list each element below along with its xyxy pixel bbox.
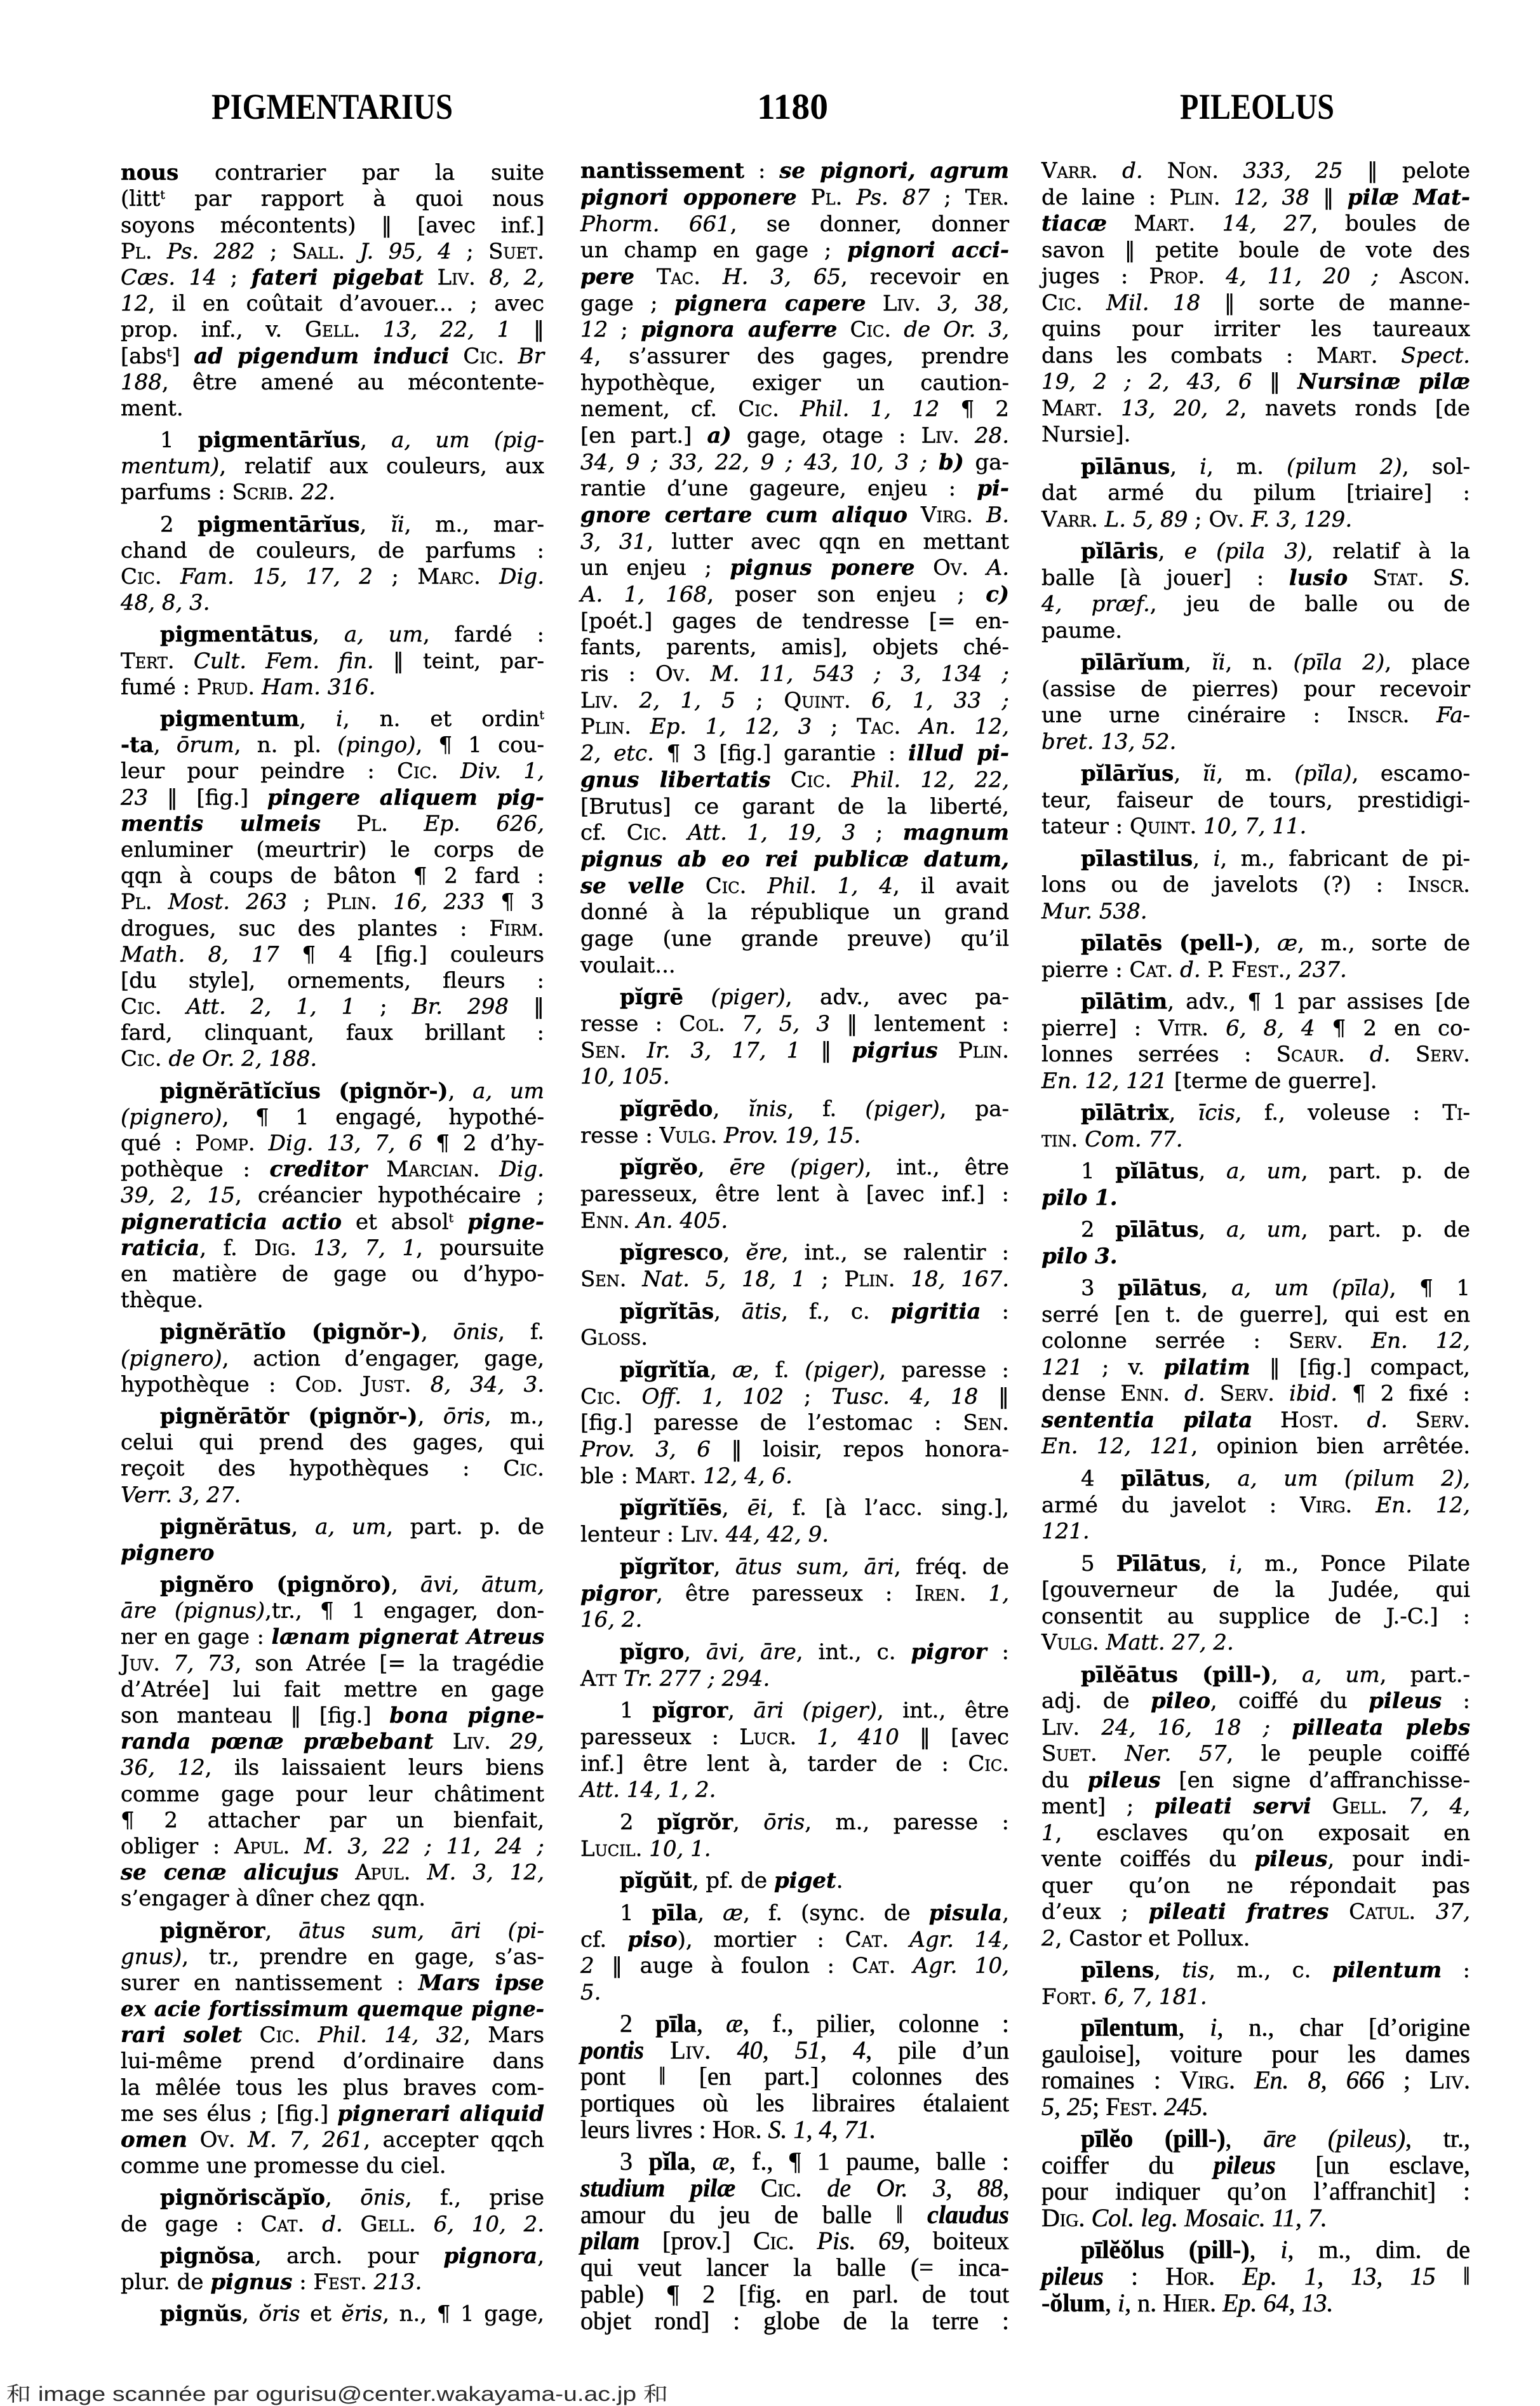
definition-text: : bbox=[1442, 1958, 1470, 1983]
line-content: omen Ov. M. 7, 261, accepter qqch bbox=[121, 2127, 544, 2153]
definition-text: cf. bbox=[580, 1927, 627, 1952]
line-content: raticia, f. Dig. 13, 7, 1, poursuite bbox=[121, 1235, 544, 1261]
definition-text: , m., sorte de bbox=[1297, 931, 1470, 956]
line-content: 34, 9 ; 33, 22, 9 ; 43, 10, 3 ; b) ga- bbox=[580, 450, 1009, 475]
entry-first-line: pigmentātus, a, um, fardé : bbox=[121, 622, 544, 647]
author-abbrev: Firm. bbox=[489, 916, 544, 941]
latin-example: pignori opponere bbox=[580, 185, 797, 210]
definition-text: , part. p. de bbox=[1301, 1217, 1470, 1242]
column-2: nantissement : se pignori, agrumpignori … bbox=[580, 0, 1009, 2406]
citation: īcis bbox=[1198, 1100, 1235, 1126]
line-content: pĭgŭit, pf. de piget. bbox=[620, 1868, 843, 1893]
dictionary-line: gage (une grande preuve) qu’il bbox=[580, 926, 1009, 951]
superscript: t bbox=[160, 189, 165, 202]
line-content: [en part.] a) gage, otage : Liv. 28. bbox=[580, 423, 1009, 448]
citation: 13, 22, 1 bbox=[360, 317, 511, 342]
line-content: fumé : Prud. Ham. 316. bbox=[121, 675, 375, 700]
definition-text: : bbox=[987, 1639, 1009, 1665]
citation: ibid. bbox=[1275, 1381, 1337, 1406]
dictionary-line: en matière de gage ou d’hypo- bbox=[121, 1261, 544, 1287]
definition-text: Nursie]. bbox=[1041, 422, 1130, 447]
citation: 5, 25 bbox=[1041, 2092, 1092, 2121]
dictionary-line: leur pour peindre : Cic. Div. 1, bbox=[121, 758, 544, 784]
citation: Div. 1, bbox=[438, 758, 544, 784]
latin-example: pileo bbox=[1151, 1688, 1210, 1714]
citation: 29, bbox=[491, 1729, 544, 1754]
author-abbrev: Lucil. bbox=[580, 1836, 642, 1862]
dictionary-line: 36, 12, ils laissaient leurs biens bbox=[121, 1755, 544, 1780]
dictionary-line: armé du javelot : Virg. En. 12, bbox=[1041, 1493, 1470, 1518]
line-content: En. 12, 121, opinion bien arrêtée. bbox=[1041, 1434, 1470, 1459]
citation: (pignero) bbox=[121, 1105, 222, 1130]
dictionary-line: Nursie]. bbox=[1041, 422, 1470, 447]
definition-text: ga- bbox=[964, 450, 1009, 475]
definition-text bbox=[450, 344, 464, 369]
author-abbrev: Cic. bbox=[580, 1384, 622, 1409]
definition-text: vente coiffés du bbox=[1041, 1846, 1254, 1872]
entry-first-line: pignĕro (pignŏro), āvi, ātum, bbox=[121, 1572, 544, 1597]
definition-text: resse : bbox=[580, 1123, 659, 1148]
definition-text: balle [à jouer] : bbox=[1041, 565, 1289, 591]
line-content: 1 pĭgror, āri (piger), int., être bbox=[620, 1698, 1009, 1723]
definition-text: , f., pilier, colonne : bbox=[743, 2009, 1009, 2038]
line-content: 19, 2 ; 2, 43, 6 ‖ Nursinæ pilæ bbox=[1041, 369, 1470, 394]
author-abbrev: Cic. bbox=[260, 2022, 301, 2048]
citation: An. 405. bbox=[630, 1208, 728, 1233]
entry-first-line: pĭgresco, ĕre, int., se ralentir : bbox=[580, 1240, 1009, 1265]
author-abbrev: Pl. bbox=[121, 239, 152, 264]
line-content: pignori opponere Pl. Ps. 87 ; Ter. bbox=[580, 185, 1009, 210]
latin-example: ad pigendum induci bbox=[194, 344, 449, 369]
citation: ĭi bbox=[391, 512, 405, 537]
entry-first-line: 1 pĭgror, āri (piger), int., être bbox=[580, 1698, 1009, 1723]
dictionary-line: [gouverneur de la Judée, qui bbox=[1041, 1577, 1470, 1603]
latin-example: piso bbox=[627, 1927, 678, 1952]
author-abbrev: Hor. bbox=[1165, 2262, 1215, 2290]
definition-text: hypothèque, exiger un caution- bbox=[580, 370, 1009, 396]
dictionary-line: pigneraticia actio et absolt pigne- bbox=[121, 1209, 544, 1235]
dictionary-line: pierre : Cat. d. P. Fest., 237. bbox=[1041, 957, 1470, 983]
citation: (pilum 2) bbox=[1287, 454, 1402, 480]
line-content: 4, s’assurer des gages, prendre bbox=[580, 344, 1009, 369]
latin-example: pilo 1. bbox=[1041, 1185, 1118, 1211]
line-content: pignŏsa, arch. pour pignora, bbox=[160, 2243, 544, 2269]
definition-text: , bbox=[154, 732, 177, 758]
definition-text: ; bbox=[930, 185, 965, 210]
latin-example: pigror bbox=[911, 1639, 987, 1665]
author-abbrev: Dig. bbox=[254, 1235, 297, 1261]
definition-text: , m., mar- bbox=[405, 512, 544, 537]
line-content: dans les combats : Mart. Spect. bbox=[1041, 343, 1470, 368]
citation: 237. bbox=[1299, 957, 1347, 983]
definition-text: qué : bbox=[121, 1131, 196, 1156]
definition-text bbox=[424, 265, 438, 290]
dictionary-line: Verr. 3, 27. bbox=[121, 1482, 544, 1508]
entry-first-line: 2 pigmentārĭus, ĭi, m., mar- bbox=[121, 512, 544, 537]
headword: pīla bbox=[652, 1900, 698, 1926]
dictionary-line: pont ‖ [en part.] colonnes des bbox=[580, 2064, 1009, 2089]
definition-text: , bbox=[1178, 2013, 1210, 2041]
headword: pĭgrĭtĭēs bbox=[620, 1495, 722, 1521]
definition-text: , bbox=[1193, 846, 1213, 871]
entry-first-line: 2 pĭgrŏr, ōris, m., paresse : bbox=[580, 1810, 1009, 1835]
dictionary-line: resse : Vulg. Prov. 19, 15. bbox=[580, 1123, 1009, 1148]
definition-text: , m., fabricant de pi- bbox=[1220, 846, 1470, 871]
line-content: Sen. Nat. 5, 18, 1 ; Plin. 18, 167. bbox=[580, 1267, 1009, 1292]
line-content: nement, cf. Cic. Phil. 1, 12 ¶ 2 bbox=[580, 396, 1009, 422]
author-abbrev: Cat. bbox=[852, 1953, 895, 1979]
dictionary-line: ¶ 2 attacher par un bienfait, bbox=[121, 1808, 544, 1833]
dictionary-line: rari solet Cic. Phil. 14, 32, Mars bbox=[121, 2022, 544, 2048]
citation: a, um bbox=[1226, 1159, 1301, 1184]
dictionary-line: fard, clinquant, faux brillant : bbox=[121, 1020, 544, 1045]
citation: 245. bbox=[1158, 2092, 1209, 2121]
definition-text: , bbox=[242, 2301, 258, 2327]
definition-text: , n. bbox=[1226, 650, 1294, 675]
definition-text: celui qui prend des gages, qui bbox=[121, 1430, 544, 1455]
line-content: quer qu’on ne répondait pas bbox=[1041, 1873, 1470, 1899]
definition-text: , bbox=[1254, 931, 1277, 956]
citation: M. 3, 22 ; 11, 24 ; bbox=[290, 1834, 544, 1859]
dictionary-line: Cic. Fam. 15, 17, 2 ; Marc. Dig. bbox=[121, 564, 544, 589]
line-content: fard, clinquant, faux brillant : bbox=[121, 1020, 544, 1045]
definition-text: lonnes serrées : bbox=[1041, 1042, 1276, 1067]
author-abbrev: Dig. bbox=[1041, 2203, 1085, 2232]
author-abbrev: Fest. bbox=[1106, 2092, 1158, 2121]
definition-text: ble : bbox=[580, 1463, 635, 1489]
line-content: Phorm. 661, se donner, donner bbox=[580, 212, 1009, 237]
dictionary-line: juges : Prop. 4, 11, 20 ; Ascon. bbox=[1041, 264, 1470, 289]
entry-first-line: 1 pĭlātus, a, um, part. p. de bbox=[1041, 1159, 1470, 1184]
dictionary-line: tiacæ Mart. 14, 27, boules de bbox=[1041, 211, 1470, 236]
citation: M. 3, 12, bbox=[411, 1860, 544, 1885]
line-content: Cic. Off. 1, 102 ; Tusc. 4, 18 ‖ bbox=[580, 1384, 1009, 1409]
dictionary-line: -ŏlum, i, n. Hier. Ep. 64, 13. bbox=[1041, 2290, 1470, 2316]
citation: 6, 7, 181. bbox=[1097, 1984, 1207, 2010]
line-content: pour indiquer qu’on l’affranchit] : bbox=[1041, 2177, 1470, 2205]
definition-text bbox=[634, 264, 657, 290]
dictionary-line: consentit au supplice de J.-C.] : bbox=[1041, 1604, 1470, 1629]
author-abbrev: Apul. bbox=[234, 1834, 290, 1859]
definition-text: [en signe d’affranchisse- bbox=[1161, 1768, 1470, 1793]
dictionary-line: paume. bbox=[1041, 618, 1470, 643]
latin-example: pigne- bbox=[467, 1209, 544, 1235]
headword: pīlātus bbox=[1115, 1217, 1198, 1242]
definition-text bbox=[797, 185, 811, 210]
headword: pĭgrĭtĭa bbox=[620, 1357, 710, 1383]
definition-text: : bbox=[981, 1299, 1009, 1324]
citation: Dig. bbox=[480, 1157, 544, 1182]
citation: i bbox=[1210, 2013, 1217, 2041]
line-content: 1 pīla, æ, f. (sync. de pisula, bbox=[620, 1900, 1009, 1926]
citation: ēre (piger) bbox=[730, 1155, 865, 1180]
line-content: Cic. de Or. 2, 188. bbox=[121, 1046, 317, 1072]
author-abbrev: Prud. bbox=[197, 675, 255, 700]
author-abbrev: Sen. bbox=[580, 1267, 627, 1292]
dictionary-line: Pl. Ps. 282 ; Sall. J. 95, 4 ; Suet. bbox=[121, 239, 544, 264]
line-content: enluminer (meurtrir) le corps de bbox=[121, 837, 544, 863]
dictionary-page: PIGMENTARIUS 1180 PILEOLUS nous contrari… bbox=[0, 0, 1540, 2406]
headword: -ta bbox=[121, 732, 154, 758]
line-content: (pignero), action d’engager, gage, bbox=[121, 1346, 544, 1371]
definition-text: soyons mécontents) ‖ [avec inf.] bbox=[121, 213, 544, 238]
dictionary-line: pigror, être paresseux : Iren. 1, bbox=[580, 1581, 1009, 1606]
author-abbrev: Mart. bbox=[1316, 343, 1378, 368]
author-abbrev: Plin. bbox=[326, 889, 377, 915]
definition-text: , bbox=[722, 1495, 747, 1521]
author-abbrev: Liv. bbox=[1430, 2066, 1470, 2094]
dictionary-line: donné à la république un grand bbox=[580, 899, 1009, 925]
latin-example: fateri pigebat bbox=[251, 265, 424, 290]
definition-text: [en part.] bbox=[580, 423, 707, 448]
definition-text: , m., paresse : bbox=[805, 1810, 1009, 1835]
definition-text: fard, clinquant, faux brillant : bbox=[121, 1020, 544, 1045]
dictionary-line: coiffer du pileus [un esclave, bbox=[1041, 2153, 1470, 2178]
line-content: lonnes serrées : Scaur. d. Serv. bbox=[1041, 1042, 1470, 1067]
headword: pĭgrē bbox=[620, 985, 683, 1010]
line-content: Pl. Ps. 282 ; Sall. J. 95, 4 ; Suet. bbox=[121, 239, 544, 264]
citation: Ep. 1, 13, 15 bbox=[1215, 2262, 1435, 2290]
line-content: 4, præf., jeu de balle ou de bbox=[1041, 591, 1470, 617]
definition-text: resse : bbox=[580, 1011, 679, 1037]
definition-text: , m. bbox=[1207, 454, 1287, 480]
definition-text: , bbox=[1105, 2288, 1118, 2317]
author-abbrev: Ti- bbox=[1442, 1100, 1470, 1126]
definition-text: [gouverneur de la Judée, qui bbox=[1041, 1577, 1470, 1603]
latin-example: pilatim bbox=[1164, 1355, 1250, 1380]
latin-example: pilo 3. bbox=[1041, 1244, 1118, 1269]
definition-text: ¶ 4 [fig.] couleurs bbox=[279, 942, 544, 967]
citation: 16, 2. bbox=[580, 1607, 642, 1632]
citation: ĕre bbox=[746, 1240, 782, 1265]
definition-text: pothèque : bbox=[121, 1157, 270, 1182]
author-abbrev: Plin. bbox=[845, 1267, 895, 1292]
author-abbrev: Quint. bbox=[784, 688, 850, 713]
line-content: 5, 25; Fest. 245. bbox=[1041, 2092, 1209, 2121]
citation: Mur. 538. bbox=[1041, 899, 1148, 924]
definition-text: paresseux : bbox=[580, 1724, 739, 1750]
definition-text: me ses élus ; [fig.] bbox=[121, 2101, 337, 2127]
definition-text: un enjeu ; bbox=[580, 555, 730, 581]
author-abbrev: Suet. bbox=[488, 239, 544, 264]
definition-text: , bbox=[733, 1810, 763, 1835]
citation: 121 bbox=[1041, 1355, 1083, 1380]
definition-text: , Castor et Pollux. bbox=[1055, 1926, 1250, 1951]
line-content: resse : Vulg. Prov. 19, 15. bbox=[580, 1123, 860, 1148]
definition-text: 1 bbox=[160, 427, 198, 453]
dictionary-line: savon ‖ petite boule de vote des bbox=[1041, 238, 1470, 263]
line-content: drogues, suc des plantes : Firm. bbox=[121, 916, 544, 941]
headword: pĭgrĕo bbox=[620, 1155, 698, 1180]
author-abbrev: Pl. bbox=[811, 185, 843, 210]
dictionary-line: mentis ulmeis Pl. Ep. 626, bbox=[121, 811, 544, 837]
superscript: t bbox=[449, 1211, 454, 1225]
definition-text: tateur : bbox=[1041, 814, 1130, 839]
definition-text: , adv., avec pa- bbox=[786, 985, 1009, 1010]
citation: 7, 4, bbox=[1388, 1794, 1470, 1819]
definition-text: , action d’engager, gage, bbox=[222, 1346, 544, 1371]
citation: i bbox=[1280, 2235, 1287, 2264]
entry-first-line: 2 pīla, æ, f., pilier, colonne : bbox=[580, 2011, 1009, 2036]
line-content: paresseux, être lent à [avec inf.] : bbox=[580, 1181, 1009, 1207]
line-content: Att Tr. 277 ; 294. bbox=[580, 1666, 770, 1691]
line-content: 188, être amené au mécontente- bbox=[121, 370, 544, 395]
definition-text: , bbox=[418, 1404, 443, 1429]
citation: d. bbox=[1339, 1408, 1416, 1433]
dictionary-line: (littt par rapport à quoi nous bbox=[121, 186, 544, 212]
dictionary-line: pere Tac. H. 3, 65, recevoir en bbox=[580, 264, 1009, 290]
definition-text: pont ‖ [en part.] colonnes des bbox=[580, 2062, 1009, 2090]
citation: 8, 34, 3. bbox=[412, 1372, 544, 1397]
line-content: pontis Liv. 40, 51, 4, pile d’un bbox=[580, 2036, 1009, 2064]
dictionary-line: Cic. Off. 1, 102 ; Tusc. 4, 18 ‖ bbox=[580, 1384, 1009, 1409]
author-abbrev: Cic. bbox=[121, 994, 162, 1019]
dictionary-line: 10, 105. bbox=[580, 1064, 1009, 1089]
dictionary-line: gage ; pignera capere Liv. 3, 38, bbox=[580, 291, 1009, 316]
headword: pīlĕātus (pill-) bbox=[1081, 1662, 1271, 1688]
dictionary-line: pilo 1. bbox=[1041, 1185, 1470, 1211]
dictionary-line: ment. bbox=[121, 396, 544, 421]
citation: 4, præf. bbox=[1041, 591, 1150, 617]
definition-text: , n. et ordin bbox=[343, 706, 540, 732]
dictionary-line: 23 ‖ [fig.] pingere aliquem pig- bbox=[121, 785, 544, 810]
citation: 7, 5, 3 bbox=[725, 1011, 830, 1037]
line-content: pigmentātus, a, um, fardé : bbox=[160, 622, 544, 647]
dictionary-line: hypothèque, exiger un caution- bbox=[580, 370, 1009, 396]
line-content: A. 1, 168, poser son enjeu ; c) bbox=[580, 582, 1009, 607]
definition-text: 3 bbox=[620, 2147, 649, 2175]
headword: pigmentārĭus bbox=[198, 512, 359, 537]
citation: ātis bbox=[742, 1299, 781, 1324]
headword: pĭlāris bbox=[1081, 539, 1158, 564]
citation: 19, 2 ; 2, 43, 6 bbox=[1041, 369, 1252, 394]
headword: pīlātrix bbox=[1081, 1100, 1168, 1126]
latin-example: pilæ Mat- bbox=[1348, 185, 1470, 210]
line-content: nous contrarier par la suite bbox=[121, 160, 544, 185]
citation: Phorm. 661 bbox=[580, 212, 730, 237]
definition-text: , f., ¶ 1 paume, balle : bbox=[729, 2147, 1009, 2175]
line-content: paresseux : Lucr. 1, 410 ‖ [avec bbox=[580, 1724, 1009, 1750]
dictionary-line: de laine : Plin. 12, 38 ‖ pilæ Mat- bbox=[1041, 185, 1470, 210]
line-content: pīlānus, i, m. (pilum 2), sol- bbox=[1081, 454, 1470, 480]
definition-text bbox=[915, 555, 934, 581]
definition-text: , jeu de balle ou de bbox=[1150, 591, 1470, 617]
dictionary-line: 39, 2, 15, créancier hypothécaire ; bbox=[121, 1183, 544, 1208]
definition-text: thèque. bbox=[121, 1287, 203, 1313]
line-content: tin. Com. 77. bbox=[1041, 1127, 1183, 1152]
citation: S. bbox=[1424, 565, 1470, 591]
citation: Ir. 3, 17, 1 bbox=[627, 1038, 801, 1063]
citation: 22. bbox=[294, 480, 335, 505]
citation: 12 bbox=[580, 317, 608, 342]
line-content: leurs livres : Hor. S. 1, 4, 71. bbox=[580, 2115, 876, 2144]
citation: æ bbox=[732, 1357, 753, 1383]
definition-text: ment. bbox=[121, 396, 184, 421]
author-abbrev: Hier. bbox=[1163, 2288, 1216, 2317]
citation: 6, 8, 4 bbox=[1209, 1016, 1315, 1041]
line-content: gnore certare cum aliquo Virg. B. bbox=[580, 502, 1009, 528]
line-content: pīlārĭum, ĭi, n. (pīla 2), place bbox=[1081, 650, 1470, 675]
dictionary-line: adj. de pileo, coiffé du pileus : bbox=[1041, 1688, 1470, 1714]
author-abbrev: Serv. bbox=[1289, 1328, 1343, 1354]
citation: āri (piger) bbox=[754, 1698, 877, 1723]
citation: ōris bbox=[443, 1404, 485, 1429]
author-abbrev: Cic. bbox=[706, 873, 747, 899]
dictionary-line: reçoit des hypothèques : Cic. bbox=[121, 1456, 544, 1481]
author-abbrev: Serv. bbox=[1416, 1408, 1470, 1433]
citation: 2 bbox=[1041, 1926, 1055, 1951]
definition-text: portiques où les libraires étalaient bbox=[580, 2088, 1009, 2117]
line-content: adj. de pileo, coiffé du pileus : bbox=[1041, 1688, 1470, 1714]
dictionary-line: gnore certare cum aliquo Virg. B. bbox=[580, 502, 1009, 528]
line-content: pĭgrĕo, ēre (piger), int., être bbox=[620, 1155, 1009, 1180]
line-content: nantissement : se pignori, agrum bbox=[580, 158, 1009, 184]
superscript: t bbox=[539, 709, 544, 722]
dictionary-line: pignero bbox=[121, 1540, 544, 1566]
citation: bret. 13, 52. bbox=[1041, 729, 1176, 755]
line-content: Cic. Fam. 15, 17, 2 ; Marc. Dig. bbox=[121, 564, 544, 589]
citation: (pĭla) bbox=[1294, 761, 1351, 786]
dictionary-line: [fig.] paresse de l’estomac : Sen. bbox=[580, 1410, 1009, 1435]
definition-text: , relatif à la bbox=[1306, 539, 1470, 564]
author-abbrev: Cic. bbox=[850, 317, 891, 342]
definition-text bbox=[321, 811, 356, 837]
author-abbrev: Vulg. bbox=[659, 1123, 717, 1148]
definition-text: ment] ; bbox=[1041, 1794, 1155, 1819]
definition-text: , bbox=[1204, 1466, 1237, 1491]
line-content: pignero bbox=[121, 1540, 214, 1566]
dictionary-line: parfums : Scrib. 22. bbox=[121, 480, 544, 505]
definition-text: , créancier hypothécaire ; bbox=[235, 1183, 544, 1208]
column-3: Varr. d. Non. 333, 25 ‖ pelotede laine :… bbox=[1041, 0, 1470, 2406]
definition-text: , bbox=[265, 1918, 298, 1944]
author-abbrev: Marc. bbox=[417, 564, 480, 589]
citation: Dig. 13, 7, 6 bbox=[255, 1131, 422, 1156]
line-content: pĭlāris, e (pila 3), relatif à la bbox=[1081, 539, 1470, 564]
dictionary-line: une urne cinéraire : Inscr. Fa- bbox=[1041, 702, 1470, 728]
line-content: gage ; pignera capere Liv. 3, 38, bbox=[580, 291, 1009, 316]
definition-text: , ¶ 1 bbox=[1389, 1275, 1470, 1301]
line-content: 2, etc. ¶ 3 [fig.] garantie : illud pi- bbox=[580, 741, 1009, 766]
definition-text: reçoit des hypothèques : bbox=[121, 1456, 503, 1481]
citation: a, um (pig- bbox=[391, 427, 544, 453]
definition-text: [poét.] gages de tendresse [= en- bbox=[580, 608, 1009, 634]
dictionary-line: ner en gage : lænam pignerat Atreus bbox=[121, 1624, 544, 1650]
author-abbrev: Cic. bbox=[121, 1046, 162, 1072]
citation: ĕris bbox=[342, 2301, 383, 2327]
definition-text: , poser son enjeu ; bbox=[707, 582, 986, 607]
definition-text: ; bbox=[1384, 2066, 1430, 2094]
line-content: 39, 2, 15, créancier hypothécaire ; bbox=[121, 1183, 544, 1208]
author-abbrev: Mart. bbox=[1134, 211, 1196, 236]
definition-text: , bbox=[1158, 539, 1184, 564]
definition-text: et absol bbox=[342, 1209, 449, 1235]
definition-text: , bbox=[1250, 2235, 1281, 2264]
entry-first-line: pīlĕo (pill-), āre (pileus), tr., bbox=[1041, 2126, 1470, 2151]
line-content: pīlātrix, īcis, f., voleuse : Ti- bbox=[1081, 1100, 1470, 1126]
line-content: portiques où les libraires étalaient bbox=[580, 2088, 1009, 2117]
line-content: [gouverneur de la Judée, qui bbox=[1041, 1577, 1470, 1603]
definition-text: objet rond] : globe de la terre : bbox=[580, 2306, 1009, 2335]
definition-text: la mêlée tous les plus braves com- bbox=[121, 2075, 544, 2100]
line-content: mentum), relatif aux couleurs, aux bbox=[121, 454, 544, 479]
dictionary-line: (pignero), ¶ 1 engagé, hypothé- bbox=[121, 1105, 544, 1130]
definition-text: , navets ronds [de bbox=[1240, 396, 1471, 421]
author-abbrev: Apul. bbox=[355, 1860, 410, 1885]
dictionary-line: 48, 8, 3. bbox=[121, 590, 544, 615]
definition-text: pierre] : bbox=[1041, 1016, 1158, 1041]
line-content: pilo 3. bbox=[1041, 1244, 1118, 1269]
